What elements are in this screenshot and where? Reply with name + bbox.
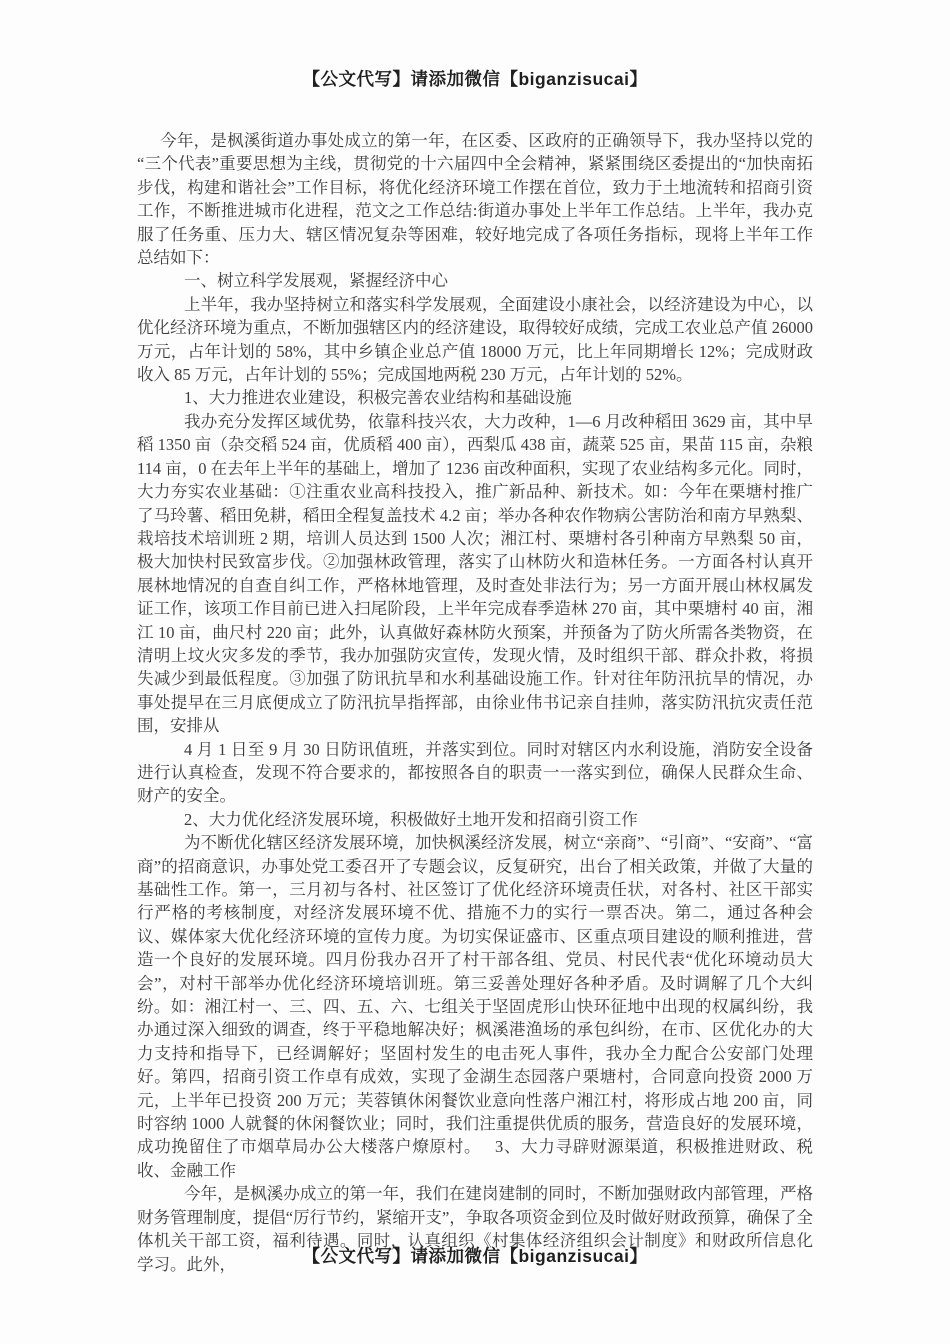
paragraph: 一、树立科学发展观，紧握经济中心	[137, 269, 813, 292]
document-page: 【公文代写】请添加微信【biganzisucai】 今年，是枫溪街道办事处成立的…	[0, 0, 950, 1344]
paragraph: 1、大力推进农业建设，积极完善农业结构和基础设施	[137, 386, 813, 409]
paragraph: 为不断优化辖区经济发展环境，加快枫溪经济发展，树立“亲商”、“引商”、“安商”、…	[137, 831, 813, 1182]
document-body: 今年，是枫溪街道办事处成立的第一年，在区委、区政府的正确领导下，我办坚持以党的“…	[137, 129, 813, 1276]
paragraph: 上半年，我办坚持树立和落实科学发展观，全面建设小康社会，以经济建设为中心，以优化…	[137, 293, 813, 387]
paragraph: 我办充分发挥区域优势，依靠科技兴农，大力改种，1—6 月改种稻田 3629 亩，…	[137, 410, 813, 738]
paragraph: 2、大力优化经济发展环境，积极做好土地开发和招商引资工作	[137, 808, 813, 831]
paragraph: 今年，是枫溪街道办事处成立的第一年，在区委、区政府的正确领导下，我办坚持以党的“…	[137, 129, 813, 269]
header-watermark: 【公文代写】请添加微信【biganzisucai】	[0, 0, 950, 91]
paragraph: 4 月 1 日至 9 月 30 日防讯值班，并落实到位。同时对辖区内水利设施，消…	[137, 738, 813, 808]
footer-watermark: 【公文代写】请添加微信【biganzisucai】	[0, 1243, 950, 1268]
